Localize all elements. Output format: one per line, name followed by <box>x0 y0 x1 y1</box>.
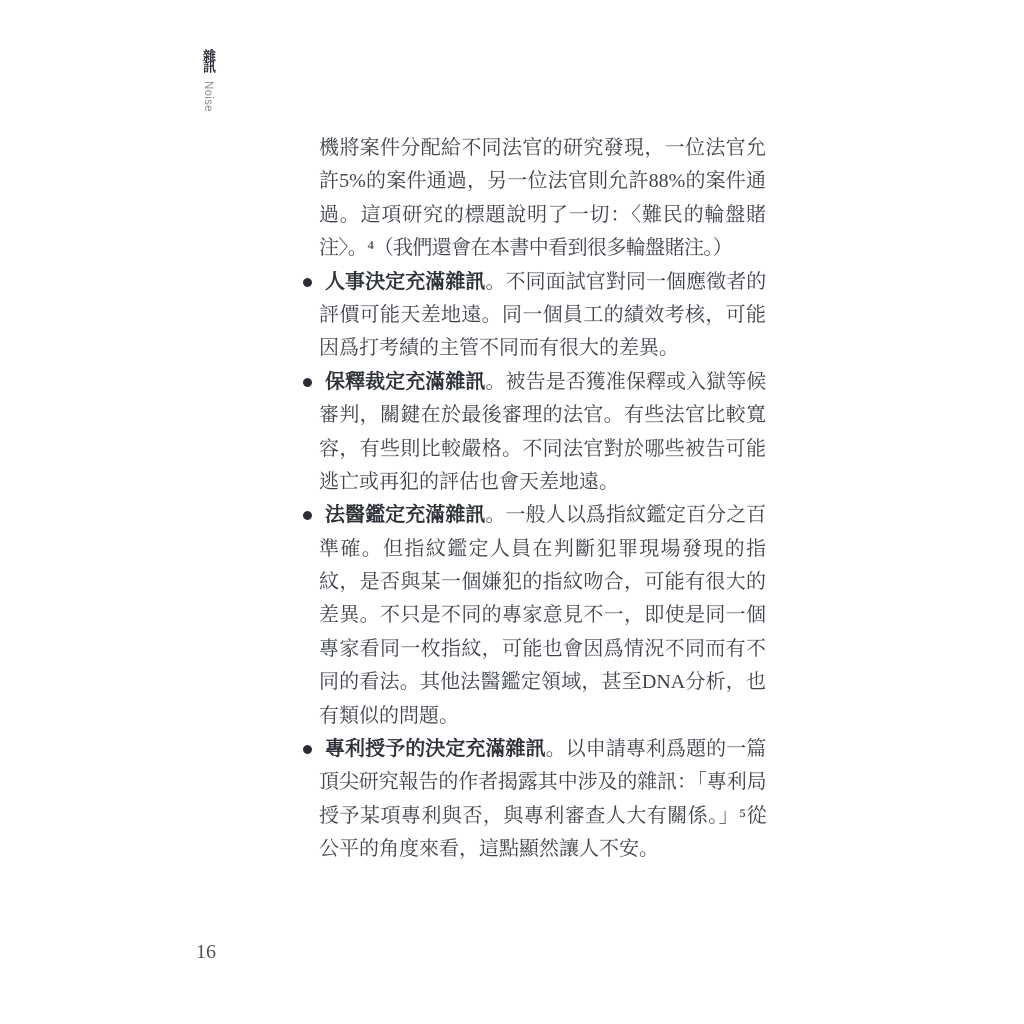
book-title-vertical: 雜訊 <box>201 49 216 71</box>
bullet-line: 專家看同一枚指紋，可能也會因爲情況不同而有不 <box>319 633 766 666</box>
running-head: 雜訊 Noise <box>199 49 218 112</box>
bullet-text: 。一般人以爲指紋鑑定百分之百 <box>486 504 767 526</box>
bullet-item-personnel: 人事決定充滿雜訊。不同面試官對同一個應徵者的 評價可能天差地遠。同一個員工的績效… <box>319 266 766 366</box>
bullet-icon <box>303 511 312 520</box>
bullet-line: 紋，是否與某一個嫌犯的指紋吻合，可能有很大的 <box>319 566 766 599</box>
bullet-line: 因爲打考績的主管不同而有很大的差異。 <box>319 332 766 365</box>
page-number: 16 <box>196 941 216 964</box>
paragraph-line: 機將案件分配給不同法官的研究發現，一位法官允 <box>319 132 766 165</box>
bullet-text: 。以申請專利爲題的一篇 <box>546 738 766 760</box>
bullet-line: 準確。但指紋鑑定人員在判斷犯罪現場發現的指 <box>319 533 766 566</box>
bullet-icon <box>303 378 312 387</box>
bullet-text: 。被告是否獲准保釋或入獄等候 <box>486 371 767 393</box>
body-text: 機將案件分配給不同法官的研究發現，一位法官允 許5%的案件通過，另一位法官則允許… <box>319 132 766 867</box>
bullet-line: 逃亡或再犯的評估也會天差地遠。 <box>319 466 766 499</box>
opening-paragraph: 機將案件分配給不同法官的研究發現，一位法官允 許5%的案件通過，另一位法官則允許… <box>319 132 766 266</box>
bullet-item-bail: 保釋裁定充滿雜訊。被告是否獲准保釋或入獄等候 審判，關鍵在於最後審理的法官。有些… <box>319 366 766 500</box>
bullet-line: 授予某項專利與否，與專利審查人大有關係。」⁵從 <box>319 800 766 833</box>
bullet-heading: 保釋裁定充滿雜訊 <box>325 371 486 393</box>
bullet-line: 人事決定充滿雜訊。不同面試官對同一個應徵者的 <box>319 266 766 299</box>
bullet-line: 專利授予的決定充滿雜訊。以申請專利爲題的一篇 <box>319 733 766 766</box>
bullet-line: 評價可能天差地遠。同一個員工的績效考核，可能 <box>319 299 766 332</box>
bullet-heading: 人事決定充滿雜訊 <box>325 271 486 293</box>
bullet-item-forensic: 法醫鑑定充滿雜訊。一般人以爲指紋鑑定百分之百 準確。但指紋鑑定人員在判斷犯罪現場… <box>319 499 766 733</box>
bullet-icon <box>303 745 312 754</box>
bullet-line: 容，有些則比較嚴格。不同法官對於哪些被告可能 <box>319 433 766 466</box>
paragraph-line: 許5%的案件通過，另一位法官則允許88%的案件通 <box>319 165 766 198</box>
book-page: 雜訊 Noise 機將案件分配給不同法官的研究發現，一位法官允 許5%的案件通過… <box>0 0 1024 1024</box>
paragraph-line: 過。這項研究的標題說明了一切：〈難民的輪盤賭 <box>319 199 766 232</box>
bullet-heading: 法醫鑑定充滿雜訊 <box>325 504 486 526</box>
bullet-line: 同的看法。其他法醫鑑定領域，甚至DNA分析，也 <box>319 666 766 699</box>
bullet-line: 差異。不只是不同的專家意見不一，即使是同一個 <box>319 599 766 632</box>
bullet-line: 頂尖研究報告的作者揭露其中涉及的雜訊：「專利局 <box>319 766 766 799</box>
paragraph-line: 注〉。⁴（我們還會在本書中看到很多輪盤賭注。） <box>319 232 766 265</box>
bullet-icon <box>303 278 312 287</box>
bullet-line: 保釋裁定充滿雜訊。被告是否獲准保釋或入獄等候 <box>319 366 766 399</box>
bullet-item-patent: 專利授予的決定充滿雜訊。以申請專利爲題的一篇 頂尖研究報告的作者揭露其中涉及的雜… <box>319 733 766 867</box>
book-title-latin: Noise <box>202 81 214 112</box>
bullet-line: 法醫鑑定充滿雜訊。一般人以爲指紋鑑定百分之百 <box>319 499 766 532</box>
bullet-text: 。不同面試官對同一個應徵者的 <box>486 271 767 293</box>
bullet-heading: 專利授予的決定充滿雜訊 <box>325 738 546 760</box>
bullet-line: 有類似的問題。 <box>319 700 766 733</box>
bullet-line: 審判，關鍵在於最後審理的法官。有些法官比較寬 <box>319 399 766 432</box>
bullet-line: 公平的角度來看，這點顯然讓人不安。 <box>319 833 766 866</box>
